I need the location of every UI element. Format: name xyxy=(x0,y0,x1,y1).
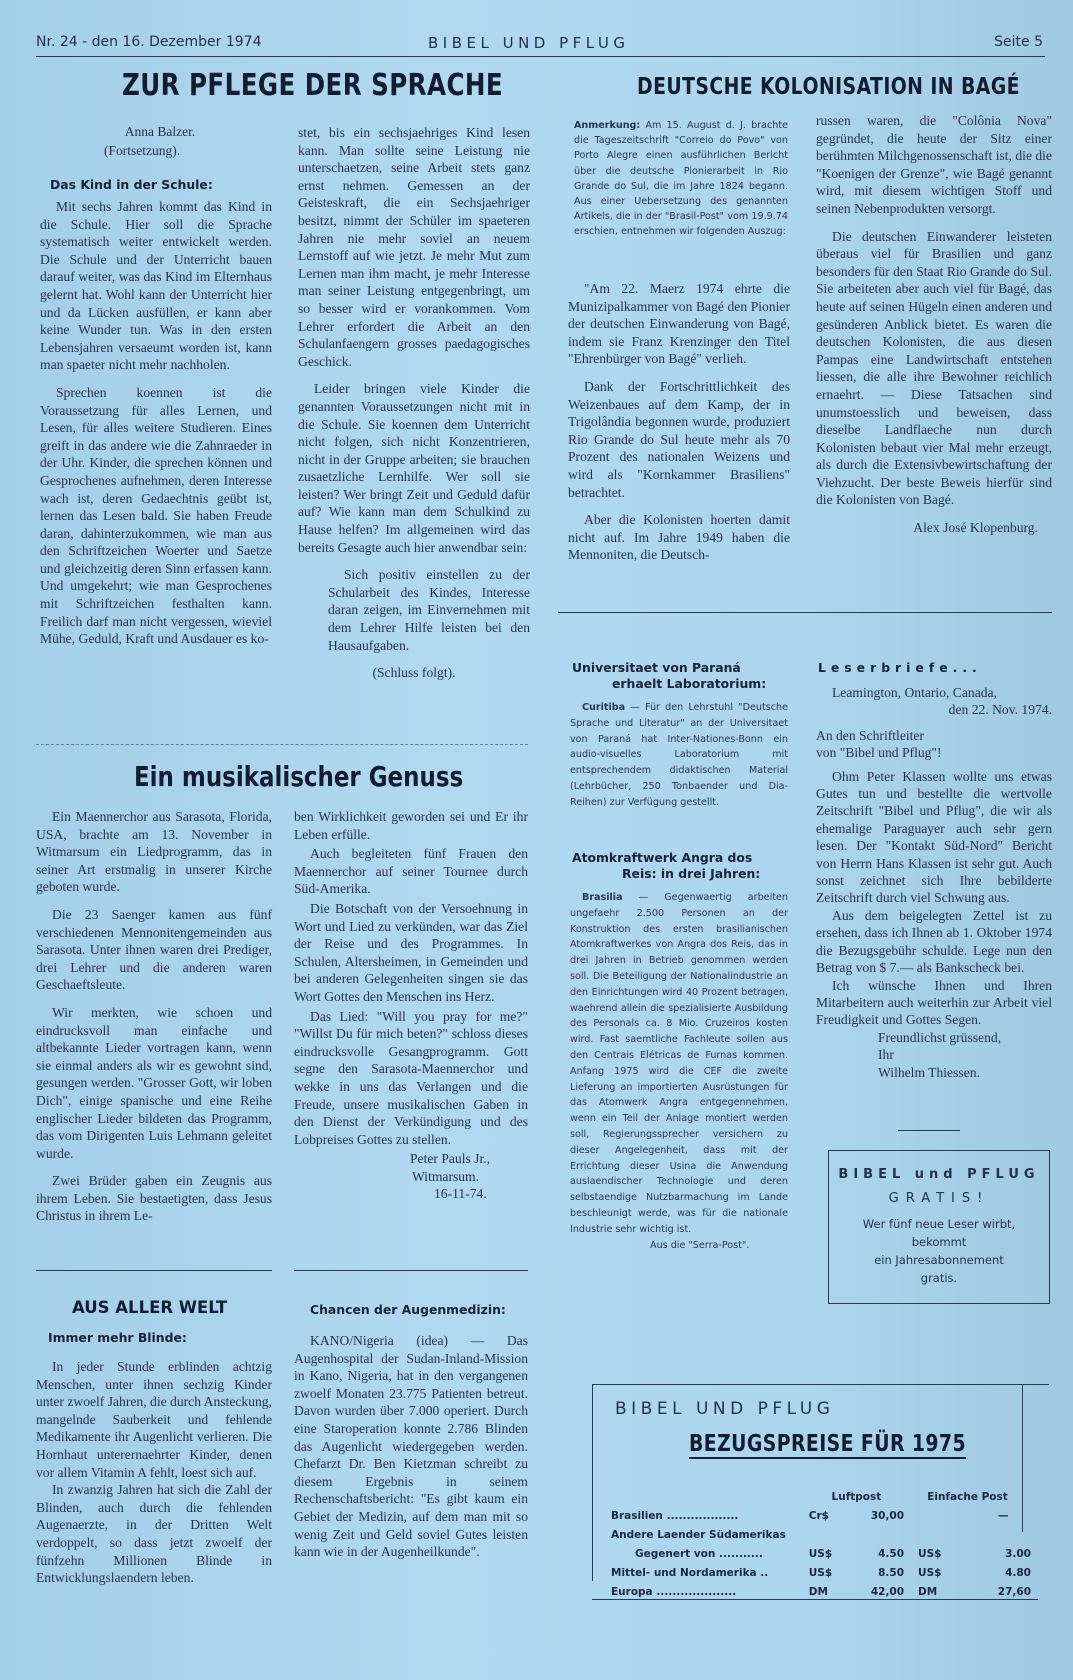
price-surface: 4.80 xyxy=(975,1563,1031,1582)
region: Brasilien .................. xyxy=(611,1506,809,1525)
subhead-kind-in-schule: Das Kind in der Schule: xyxy=(50,177,213,192)
paragraph: Aus dem beigelegten Zettel ist zu ersehe… xyxy=(816,907,1052,977)
signature-place: Witmarsum. xyxy=(412,1168,528,1186)
bage-col2: russen waren, die "Colônia Nova" gegründ… xyxy=(816,112,1052,547)
issue-date: Nr. 24 - den 16. Dezember 1974 xyxy=(36,34,261,50)
letter-to-2: von "Bibel und Pflug"! xyxy=(816,744,1052,761)
paragraph: "Am 22. Maerz 1974 ehrte die Munizipalka… xyxy=(568,280,790,368)
subhead-parana: Universitaet von Paraná xyxy=(572,660,741,675)
page-number: Seite 5 xyxy=(994,34,1043,50)
dateline: Curitiba xyxy=(582,702,625,713)
subhead-blinde: Immer mehr Blinde: xyxy=(48,1330,187,1345)
dateline: Brasilia xyxy=(582,892,623,903)
paragraph: Das Lied: "Will you pray for me?" "Wills… xyxy=(294,1008,528,1149)
paragraph: Die 23 Saenger kamen aus fünf verschiede… xyxy=(36,906,272,994)
paragraph: Ich wünsche Ihnen und Ihren Mitarbeitern… xyxy=(816,977,1052,1029)
region: Andere Laender Südamerikas xyxy=(611,1525,1031,1544)
short-rule xyxy=(898,1130,960,1131)
angra-text: Brasilia — Gegenwaertig arbeiten ungefae… xyxy=(570,890,788,1253)
currency xyxy=(904,1506,975,1525)
subhead-leserbriefe: Leserbriefe... xyxy=(818,660,982,675)
subhead-angra: Atomkraftwerk Angra dos xyxy=(572,850,752,865)
parana-text: Curitiba — Für den Lehrstuhl "Deutsche S… xyxy=(570,700,788,811)
byline: Alex José Klopenburg. xyxy=(816,519,1038,537)
signature-name: Peter Pauls Jr., xyxy=(410,1150,528,1168)
letter-to: An den Schriftleiter xyxy=(816,727,1052,744)
paragraph: Leider bringen viele Kinder die genannte… xyxy=(298,380,530,556)
newspaper-page: Nr. 24 - den 16. Dezember 1974 BIBEL UND… xyxy=(0,0,1073,1680)
bage-note: Anmerkung: Am 15. August d. J. brachte d… xyxy=(574,118,788,240)
prices-table: Luftpost Einfache Post Brasilien .......… xyxy=(611,1487,1031,1601)
table-row: Brasilien .................. Cr$ 30,00 — xyxy=(611,1506,1031,1525)
letter-signature: Wilhelm Thiessen. xyxy=(878,1064,1052,1081)
letter-date: den 22. Nov. 1974. xyxy=(816,701,1052,718)
sprache-col2: stet, bis ein sechsjaehriges Kind lesen … xyxy=(298,124,530,692)
masthead: BIBEL UND PFLUG xyxy=(428,34,630,52)
augenmedizin-text: KANO/Nigeria (idea) — Das Augenhospital … xyxy=(294,1332,528,1561)
leserbrief: Leamington, Ontario, Canada, den 22. Nov… xyxy=(816,684,1052,1081)
gratis-text-1: Wer fünf neue Leser wirbt, xyxy=(829,1217,1049,1231)
genuss-col2: ben Wirklichkeit geworden sei und Er ihr… xyxy=(294,808,528,1203)
gratis-text-2: bekommt xyxy=(829,1235,1049,1249)
gratis-box: BIBEL und PFLUG GRATIS! Wer fünf neue Le… xyxy=(828,1150,1050,1304)
paragraph: Ohm Peter Klassen wollte uns etwas Gutes… xyxy=(816,768,1052,907)
region: Gegenert von ........... xyxy=(611,1544,809,1563)
paragraph: Die Botschaft von der Versoehnung in Wor… xyxy=(294,900,528,1006)
paragraph: KANO/Nigeria (idea) — Das Augenhospital … xyxy=(294,1332,528,1561)
to-be-continued: (Schluss folgt). xyxy=(298,664,530,682)
prices-box-bottom-rule xyxy=(592,1599,1038,1600)
price-air: 30,00 xyxy=(848,1506,904,1525)
paragraph: ben Wirklichkeit geworden sei und Er ihr… xyxy=(294,808,528,843)
prices-box-right-rule xyxy=(1022,1384,1023,1532)
article-title-sprache: ZUR PFLEGE DER SPRACHE xyxy=(122,68,503,103)
currency: US$ xyxy=(904,1563,975,1582)
price-surface: 3.00 xyxy=(975,1544,1031,1563)
note-label: Anmerkung: xyxy=(574,120,640,131)
paragraph: In zwanzig Jahren hat sich die Zahl der … xyxy=(36,1481,272,1587)
currency: US$ xyxy=(809,1563,849,1582)
region: Mittel- und Nordamerika .. xyxy=(611,1563,809,1582)
paragraph: stet, bis ein sechsjaehriges Kind lesen … xyxy=(298,124,530,370)
note-text: Am 15. August d. J. brachte die Tageszei… xyxy=(574,120,788,237)
table-row: Andere Laender Südamerikas xyxy=(611,1525,1031,1544)
prices-box: BIBEL UND PFLUG BEZUGSPREISE FÜR 1975 Lu… xyxy=(592,1384,1049,1581)
paragraph: Dank der Fortschrittlichkeit des Weizenb… xyxy=(568,378,790,501)
letter-ihr: Ihr xyxy=(878,1046,1052,1063)
section-divider xyxy=(36,744,528,745)
sprache-col1: Mit sechs Jahren kommt das Kind in die S… xyxy=(40,198,272,658)
paragraph: In jeder Stunde erblinden achtzig Mensch… xyxy=(36,1358,272,1481)
article-title-bage: DEUTSCHE KOLONISATION IN BAGÉ xyxy=(637,74,1020,100)
currency: Cr$ xyxy=(809,1506,849,1525)
paragraph: Aber die Kolonisten hoerten damit nicht … xyxy=(568,511,790,564)
gratis-text-3: ein Jahresabonnement xyxy=(829,1253,1049,1267)
quote: Sich positiv einstellen zu der Schularbe… xyxy=(328,566,530,654)
subhead-angra-2: Reis: in drei Jahren: xyxy=(622,866,760,881)
subhead-parana-2: erhaelt Laboratorium: xyxy=(612,676,766,691)
article-text: — Gegenwaertig arbeiten ungefaehr 2.500 … xyxy=(570,892,788,1235)
gratis-brand: BIBEL und PFLUG xyxy=(829,1167,1049,1182)
genuss-col1: Ein Maennerchor aus Sarasota, Florida, U… xyxy=(36,808,272,1235)
section-divider xyxy=(294,1270,528,1271)
paragraph: russen waren, die "Colônia Nova" gegründ… xyxy=(816,112,1052,218)
subhead-augenmedizin: Chancen der Augenmedizin: xyxy=(310,1302,506,1317)
continued-note: (Fortsetzung). xyxy=(104,143,180,159)
source: Aus die "Serra-Post". xyxy=(650,1238,788,1254)
paragraph: Ein Maennerchor aus Sarasota, Florida, U… xyxy=(36,808,272,896)
gratis-text-4: gratis. xyxy=(829,1271,1049,1285)
paragraph: Zwei Brüder gaben ein Zeugnis aus ihrem … xyxy=(36,1172,272,1225)
paragraph: Die deutschen Einwanderer leisteten über… xyxy=(816,228,1052,510)
bage-col1: "Am 22. Maerz 1974 ehrte die Munizipalka… xyxy=(568,280,790,574)
table-row: Gegenert von ........... US$ 4.50 US$ 3.… xyxy=(611,1544,1031,1563)
section-divider xyxy=(36,1270,272,1271)
paragraph: Auch begleiteten fünf Frauen den Maenner… xyxy=(294,845,528,898)
gratis-headline: GRATIS! xyxy=(829,1191,1049,1206)
prices-brand: BIBEL UND PFLUG xyxy=(615,1399,834,1419)
paragraph: Sprechen koennen ist die Voraussetzung f… xyxy=(40,384,272,648)
paragraph: Mit sechs Jahren kommt das Kind in die S… xyxy=(40,198,272,374)
article-text: — Für den Lehrstuhl "Deutsche Sprache un… xyxy=(570,702,788,808)
paragraph: Wir merkten, wie schoen und eindrucksvol… xyxy=(36,1004,272,1162)
currency: US$ xyxy=(904,1544,975,1563)
col-header-einfache-post: Einfache Post xyxy=(904,1487,1031,1506)
col-header-luftpost: Luftpost xyxy=(809,1487,904,1506)
letter-closing: Freundlichst grüssend, xyxy=(878,1029,1052,1046)
section-title-welt: AUS ALLER WELT xyxy=(72,1298,227,1317)
table-row: Mittel- und Nordamerika .. US$ 8.50 US$ … xyxy=(611,1563,1031,1582)
price-air: 4.50 xyxy=(848,1544,904,1563)
signature-date: 16-11-74. xyxy=(434,1185,528,1203)
header-rule xyxy=(36,56,1045,57)
article-title-genuss: Ein musikalischer Genuss xyxy=(134,760,463,793)
prices-header-row: Luftpost Einfache Post xyxy=(611,1487,1031,1506)
prices-title: BEZUGSPREISE FÜR 1975 xyxy=(689,1431,966,1457)
author: Anna Balzer. xyxy=(40,124,280,140)
blinde-text: In jeder Stunde erblinden achtzig Mensch… xyxy=(36,1358,272,1587)
currency: US$ xyxy=(809,1544,849,1563)
section-divider xyxy=(558,612,1052,613)
price-air: 8.50 xyxy=(848,1563,904,1582)
letter-place: Leamington, Ontario, Canada, xyxy=(832,684,1052,701)
